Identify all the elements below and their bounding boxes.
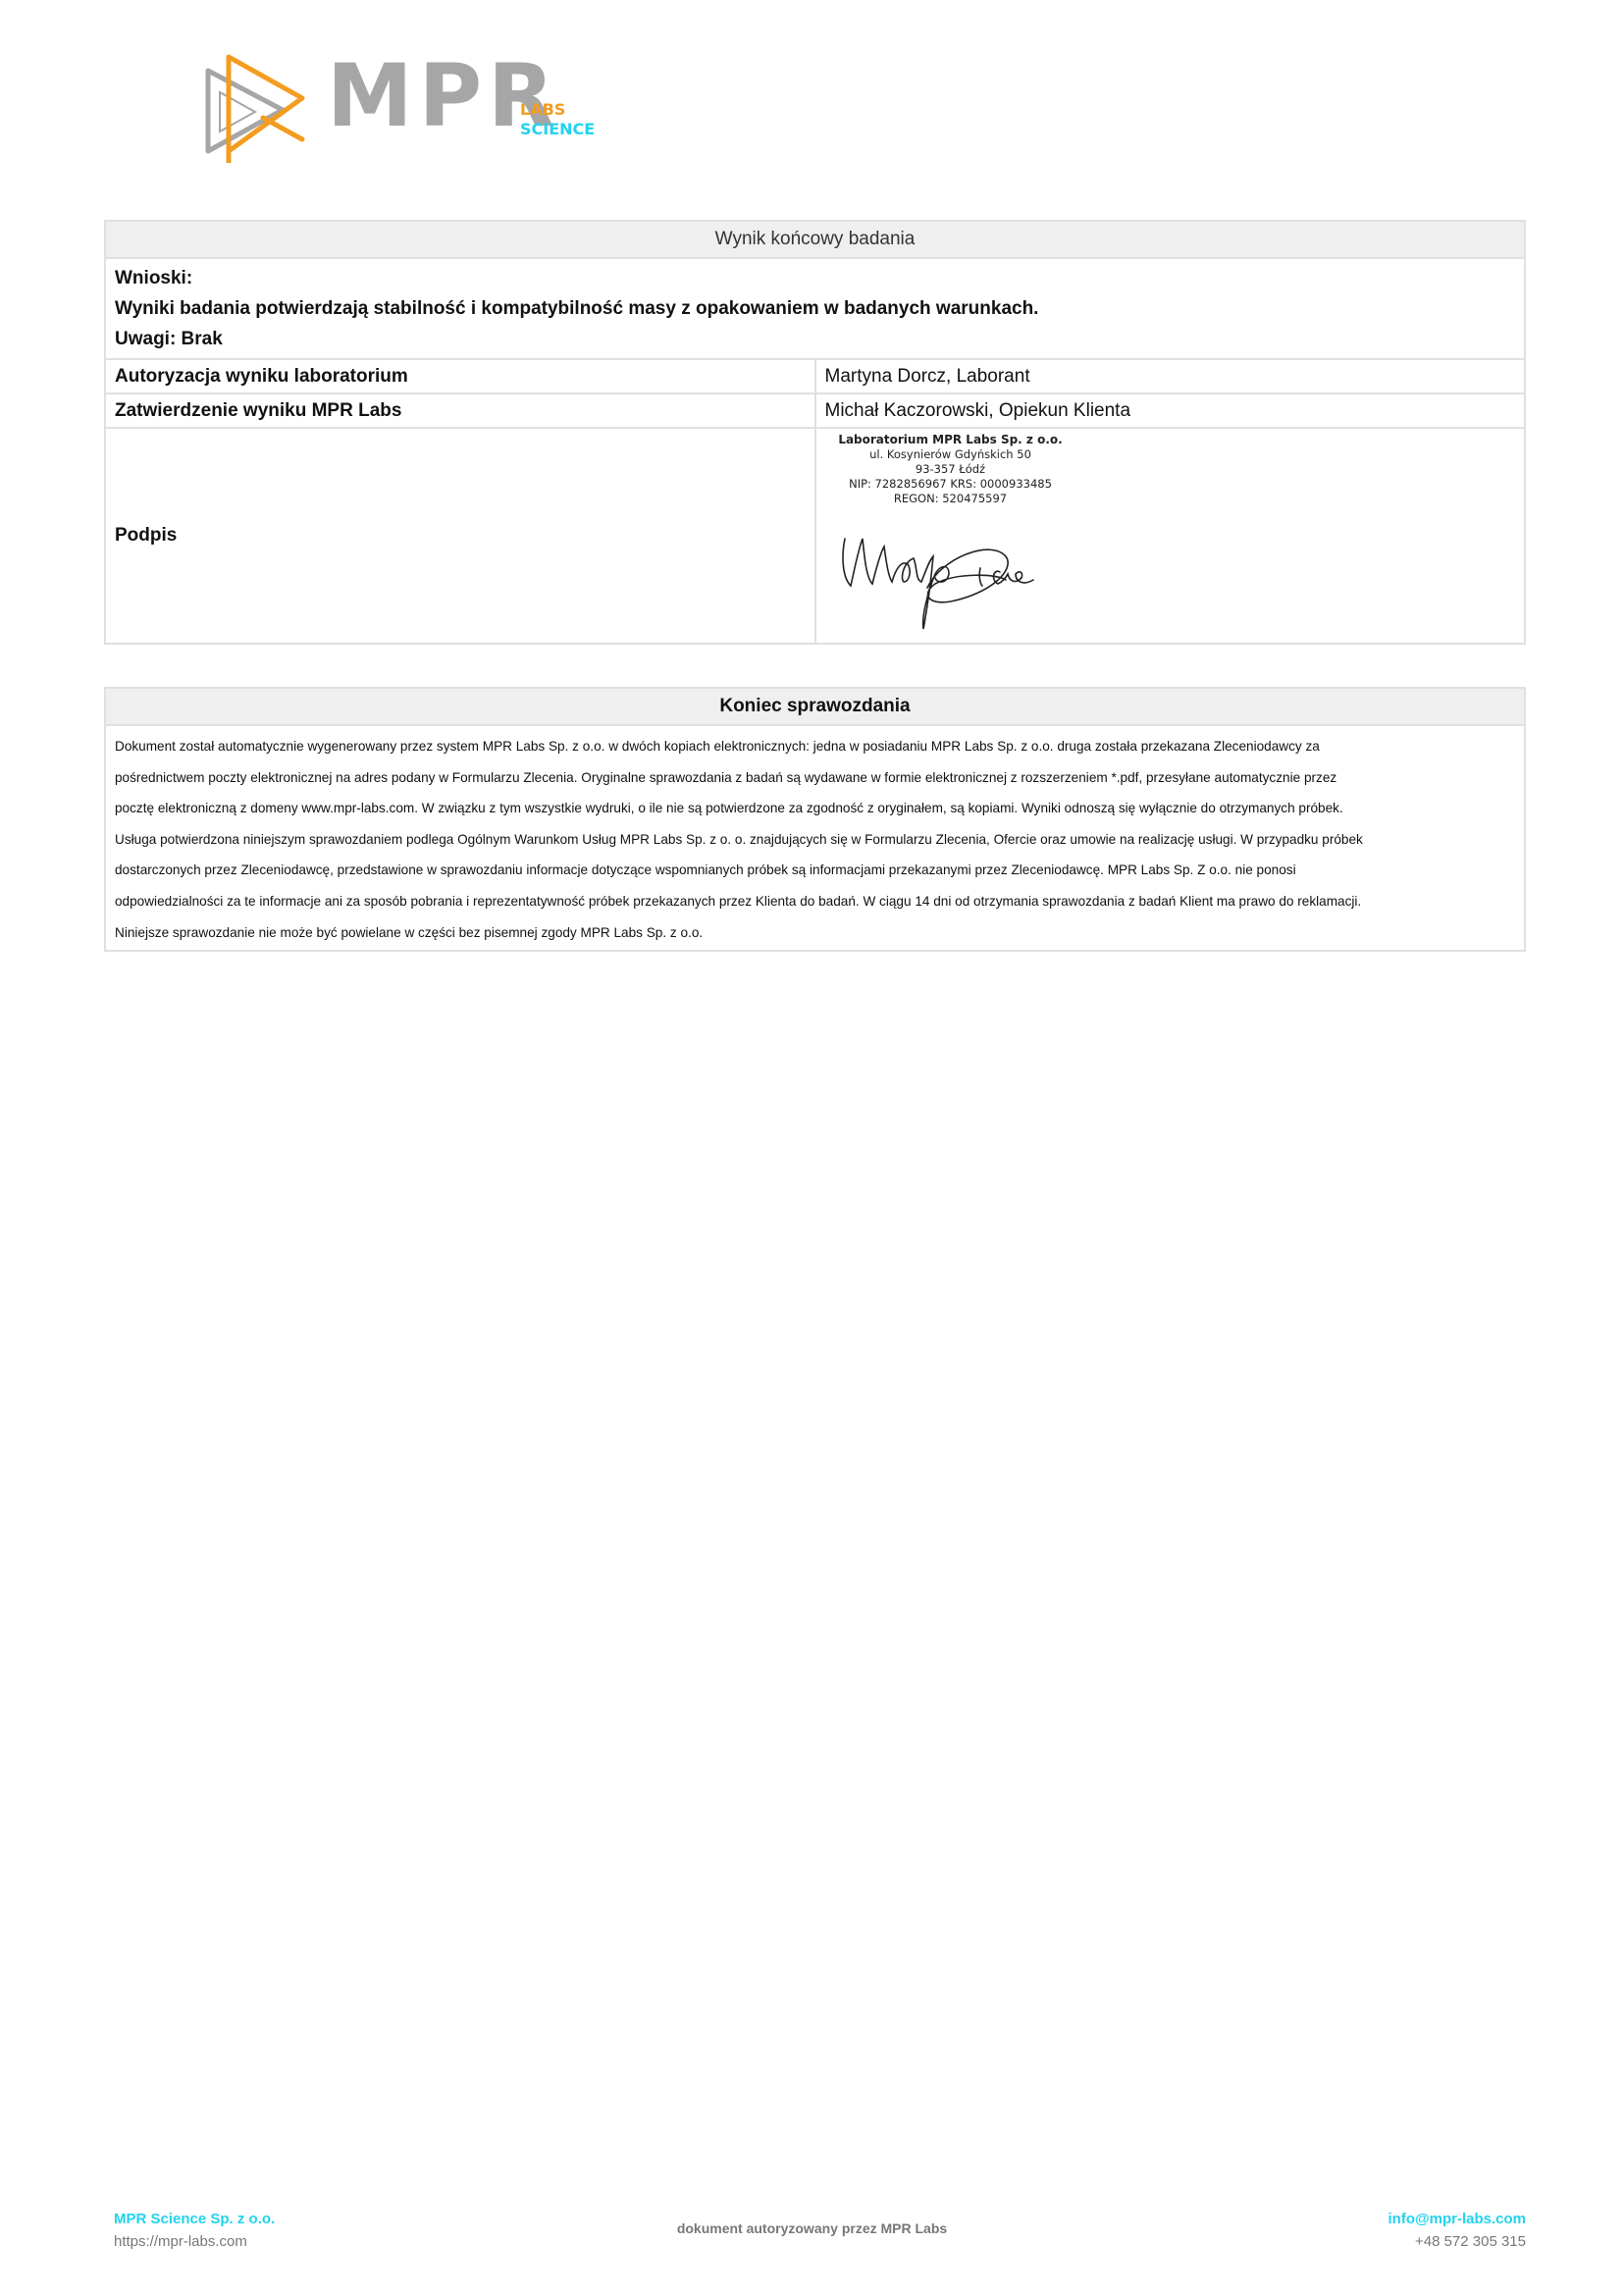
lab-authorization-label: Autoryzacja wyniku laboratorium <box>105 359 815 393</box>
final-result-header: Wynik końcowy badania <box>105 221 1525 258</box>
legal-line: dostarczonych przez Zleceniodawcę, przed… <box>115 855 1515 886</box>
table-row: Zatwierdzenie wyniku MPR Labs Michał Kac… <box>105 393 1525 428</box>
logo-triangle-icon <box>204 53 312 163</box>
stamp-line: NIP: 7282856967 KRS: 0000933485 <box>833 477 1069 492</box>
stamp-line: Laboratorium MPR Labs Sp. z o.o. <box>833 433 1069 447</box>
approval-label: Zatwierdzenie wyniku MPR Labs <box>105 393 815 428</box>
footer-right: info@mpr-labs.com +48 572 305 315 <box>1388 2208 1526 2253</box>
stamp-line: 93-357 Łódź <box>833 462 1069 477</box>
stamp-line: ul. Kosynierów Gdyńskich 50 <box>833 447 1069 462</box>
legal-line: Dokument został automatycznie wygenerowa… <box>115 731 1515 762</box>
footer-authorization-note: dokument autoryzowany przez MPR Labs <box>0 2220 1624 2236</box>
end-of-report-table: Koniec sprawozdania Dokument został auto… <box>104 687 1526 952</box>
company-stamp: Laboratorium MPR Labs Sp. z o.o. ul. Kos… <box>833 433 1069 639</box>
signature-cell: Laboratorium MPR Labs Sp. z o.o. ul. Kos… <box>815 428 1526 644</box>
conclusions-text: Wyniki badania potwierdzają stabilność i… <box>115 293 1515 324</box>
legal-line: odpowiedzialności za te informacje ani z… <box>115 886 1515 917</box>
final-result-table: Wynik końcowy badania Wnioski: Wyniki ba… <box>104 220 1526 645</box>
signature-label: Podpis <box>105 428 815 644</box>
legal-line: Usługa potwierdzona niniejszym sprawozda… <box>115 824 1515 856</box>
legal-line: pocztę elektroniczną z domeny www.mpr-la… <box>115 793 1515 824</box>
legal-line: Niniejsze sprawozdanie nie może być powi… <box>115 917 1515 949</box>
footer-email-link[interactable]: info@mpr-labs.com <box>1388 2208 1526 2230</box>
lab-authorization-value: Martyna Dorcz, Laborant <box>815 359 1526 393</box>
logo-science: SCIENCE <box>520 122 595 137</box>
table-row: Autoryzacja wyniku laboratorium Martyna … <box>105 359 1525 393</box>
company-logo: MPR LABS SCIENCE <box>204 53 616 163</box>
end-of-report-header: Koniec sprawozdania <box>105 688 1525 725</box>
legal-line: pośrednictwem poczty elektronicznej na a… <box>115 762 1515 794</box>
approval-value: Michał Kaczorowski, Opiekun Klienta <box>815 393 1526 428</box>
logo-labs: LABS <box>520 102 565 118</box>
footer-phone: +48 572 305 315 <box>1388 2230 1526 2253</box>
remarks-text: Uwagi: Brak <box>115 324 1515 354</box>
table-row: Podpis Laboratorium MPR Labs Sp. z o.o. … <box>105 428 1525 644</box>
handwritten-signature-icon <box>833 499 1049 637</box>
conclusions-cell: Wnioski: Wyniki badania potwierdzają sta… <box>105 258 1525 359</box>
legal-notice: Dokument został automatycznie wygenerowa… <box>105 725 1525 951</box>
conclusions-label: Wnioski: <box>115 263 1515 293</box>
